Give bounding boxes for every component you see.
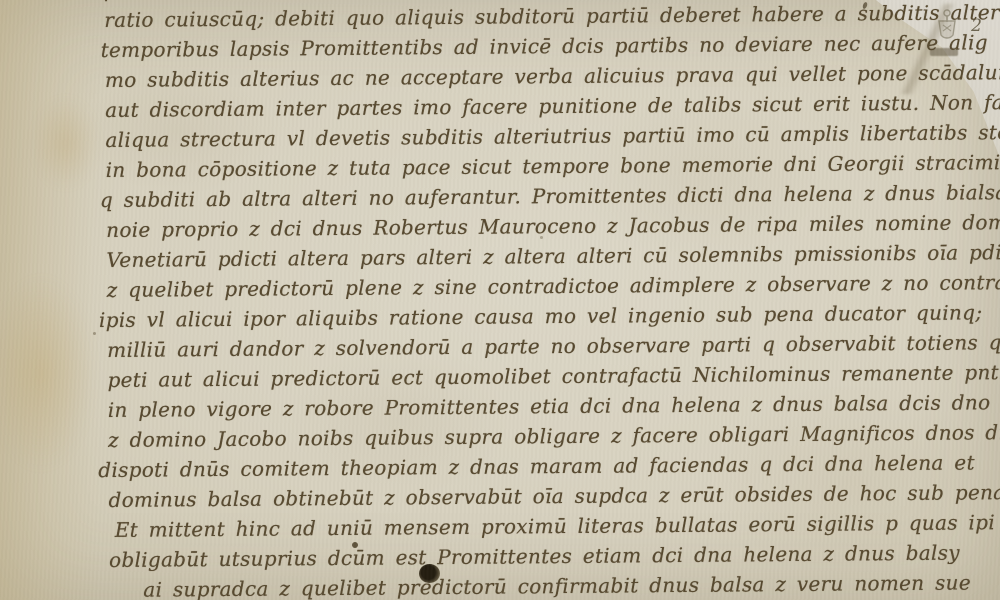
manuscript-photo: 2 pmis in oibus suis pactis et conventio… — [0, 0, 1000, 600]
parchment-left-tone — [0, 0, 120, 600]
ink-speck — [93, 332, 96, 335]
ink-speck — [540, 236, 543, 239]
ink-blot — [419, 564, 440, 583]
manuscript-text-block: pmis in oibus suis pactis et conventioni… — [104, 0, 989, 600]
parchment-stain — [18, 78, 113, 208]
ink-speck — [352, 542, 358, 548]
